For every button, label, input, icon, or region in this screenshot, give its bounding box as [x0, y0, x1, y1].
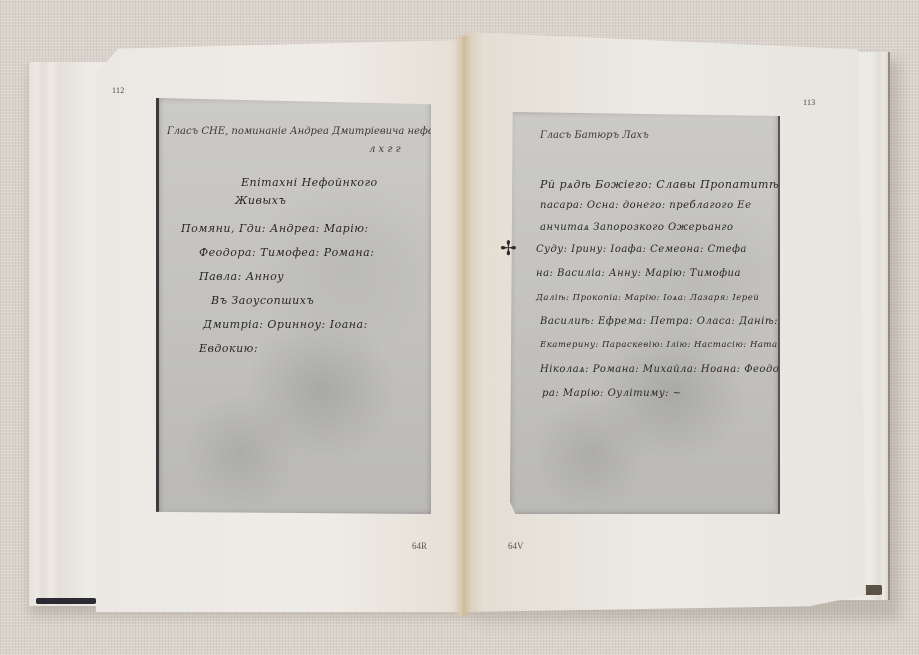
book-gutter — [455, 36, 471, 616]
manuscript-line: Живыхъ — [235, 194, 286, 207]
manuscript-line: Суду: Ірину: Іоафа: Семеона: Стефа — [536, 244, 747, 255]
manuscript-line: Рй рѧдѣ Божіего: Славы Пропатитѣ — [540, 178, 779, 191]
cover-edge-left — [36, 598, 96, 604]
manuscript-line: Даліѣ: Прокопіа: Марію: Іоѧа: Лазаря: Іе… — [536, 292, 759, 303]
manuscript-line: Ніколаѧ: Романа: Михайла: Ноана: Феодо — [540, 364, 779, 375]
manuscript-line: Екатерину: Параскевію: Ілію: Настасію: Н… — [540, 340, 780, 350]
manuscript-line: ра: Марію: Оулітиму: ~ — [542, 388, 682, 399]
manuscript-line: Павла: Анноу — [199, 270, 284, 283]
manuscript-line: Дмитріа: Оринноу: Іоана: — [203, 318, 368, 331]
manuscript-line: Василиѣ: Ефрема: Петра: Оласа: Даніѣ: — [540, 316, 778, 327]
left-facsimile-caption: 64R — [412, 541, 427, 551]
manuscript-line: Гласъ Батюръ Лахъ — [540, 130, 649, 141]
right-facsimile-caption: 64V — [508, 541, 524, 551]
manuscript-line: л х г г — [369, 144, 401, 155]
manuscript-facsimile-right: Гласъ Батюръ Лахъ Рй рѧдѣ Божіего: Славы… — [510, 112, 780, 514]
manuscript-line: на: Василіа: Анну: Марію: Тимофиа — [536, 268, 741, 279]
manuscript-line: Гласъ СНЕ, поминаніе Андреа Дмитріевича … — [167, 126, 431, 137]
manuscript-line: пасара: Осна: донего: преблагого Ее — [540, 200, 752, 211]
manuscript-line: Помяни, Гди: Андреа: Марію: — [181, 222, 369, 235]
manuscript-facsimile-left: Гласъ СНЕ, поминаніе Андреа Дмитріевича … — [156, 98, 431, 514]
left-page-folio: 112 — [112, 86, 125, 95]
manuscript-line: Феодора: Тимофеа: Романа: — [199, 246, 374, 259]
manuscript-line: Въ Заоусопшихъ — [211, 294, 314, 307]
right-page-folio: 113 — [803, 98, 816, 107]
manuscript-line: Епітахні Нефойнкого — [241, 176, 378, 189]
cross-ornament-icon: ✢ — [500, 236, 517, 260]
manuscript-line: анчитаѧ Запорозкого Ожерьанго — [540, 222, 733, 233]
manuscript-line: Евдокию: — [199, 342, 258, 355]
